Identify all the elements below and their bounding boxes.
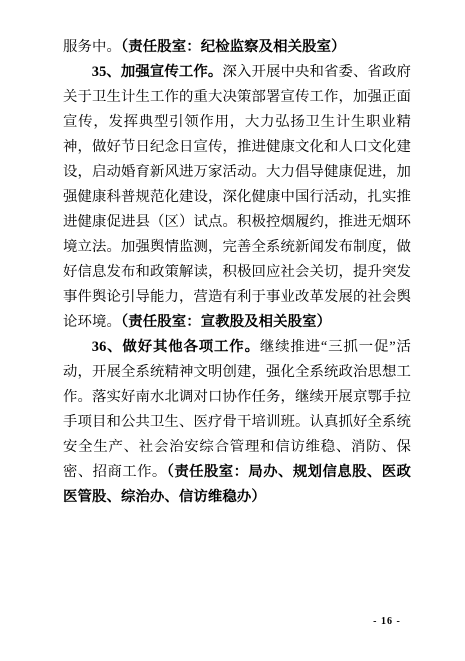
page-number: - 16 -	[362, 616, 412, 627]
text-run: 深入开展中央和省委、省政府关于卫生计生工作的重大决策部署宣传工作，加强正面宣传，…	[63, 64, 411, 330]
paragraph-1: 35、加强宣传工作。深入开展中央和省委、省政府关于卫生计生工作的重大决策部署宣传…	[63, 60, 411, 335]
bold-text-run: （责任股室：宣教股及相关股室）	[121, 314, 331, 330]
paragraph-2: 36、做好其他各项工作。继续推进“三抓一促”活动，开展全系统精神文明创建，强化全…	[63, 335, 411, 510]
paragraph-0: 服务中。（责任股室：纪检监察及相关股室）	[63, 35, 411, 60]
text-run: 服务中。	[63, 39, 121, 55]
text-run: 继续推进“三抓一促”活动，开展全系统精神文明创建，强化全系统政治思想工作。落实好…	[63, 339, 411, 480]
bold-text-run: （责任股室：纪检监察及相关股室）	[121, 39, 346, 55]
document-body: 服务中。（责任股室：纪检监察及相关股室）35、加强宣传工作。深入开展中央和省委、…	[63, 35, 411, 510]
bold-text-run: 36、做好其他各项工作。	[92, 339, 260, 355]
document-page: 服务中。（责任股室：纪检监察及相关股室）35、加强宣传工作。深入开展中央和省委、…	[0, 0, 465, 661]
bold-text-run: 35、加强宣传工作。	[92, 64, 223, 80]
